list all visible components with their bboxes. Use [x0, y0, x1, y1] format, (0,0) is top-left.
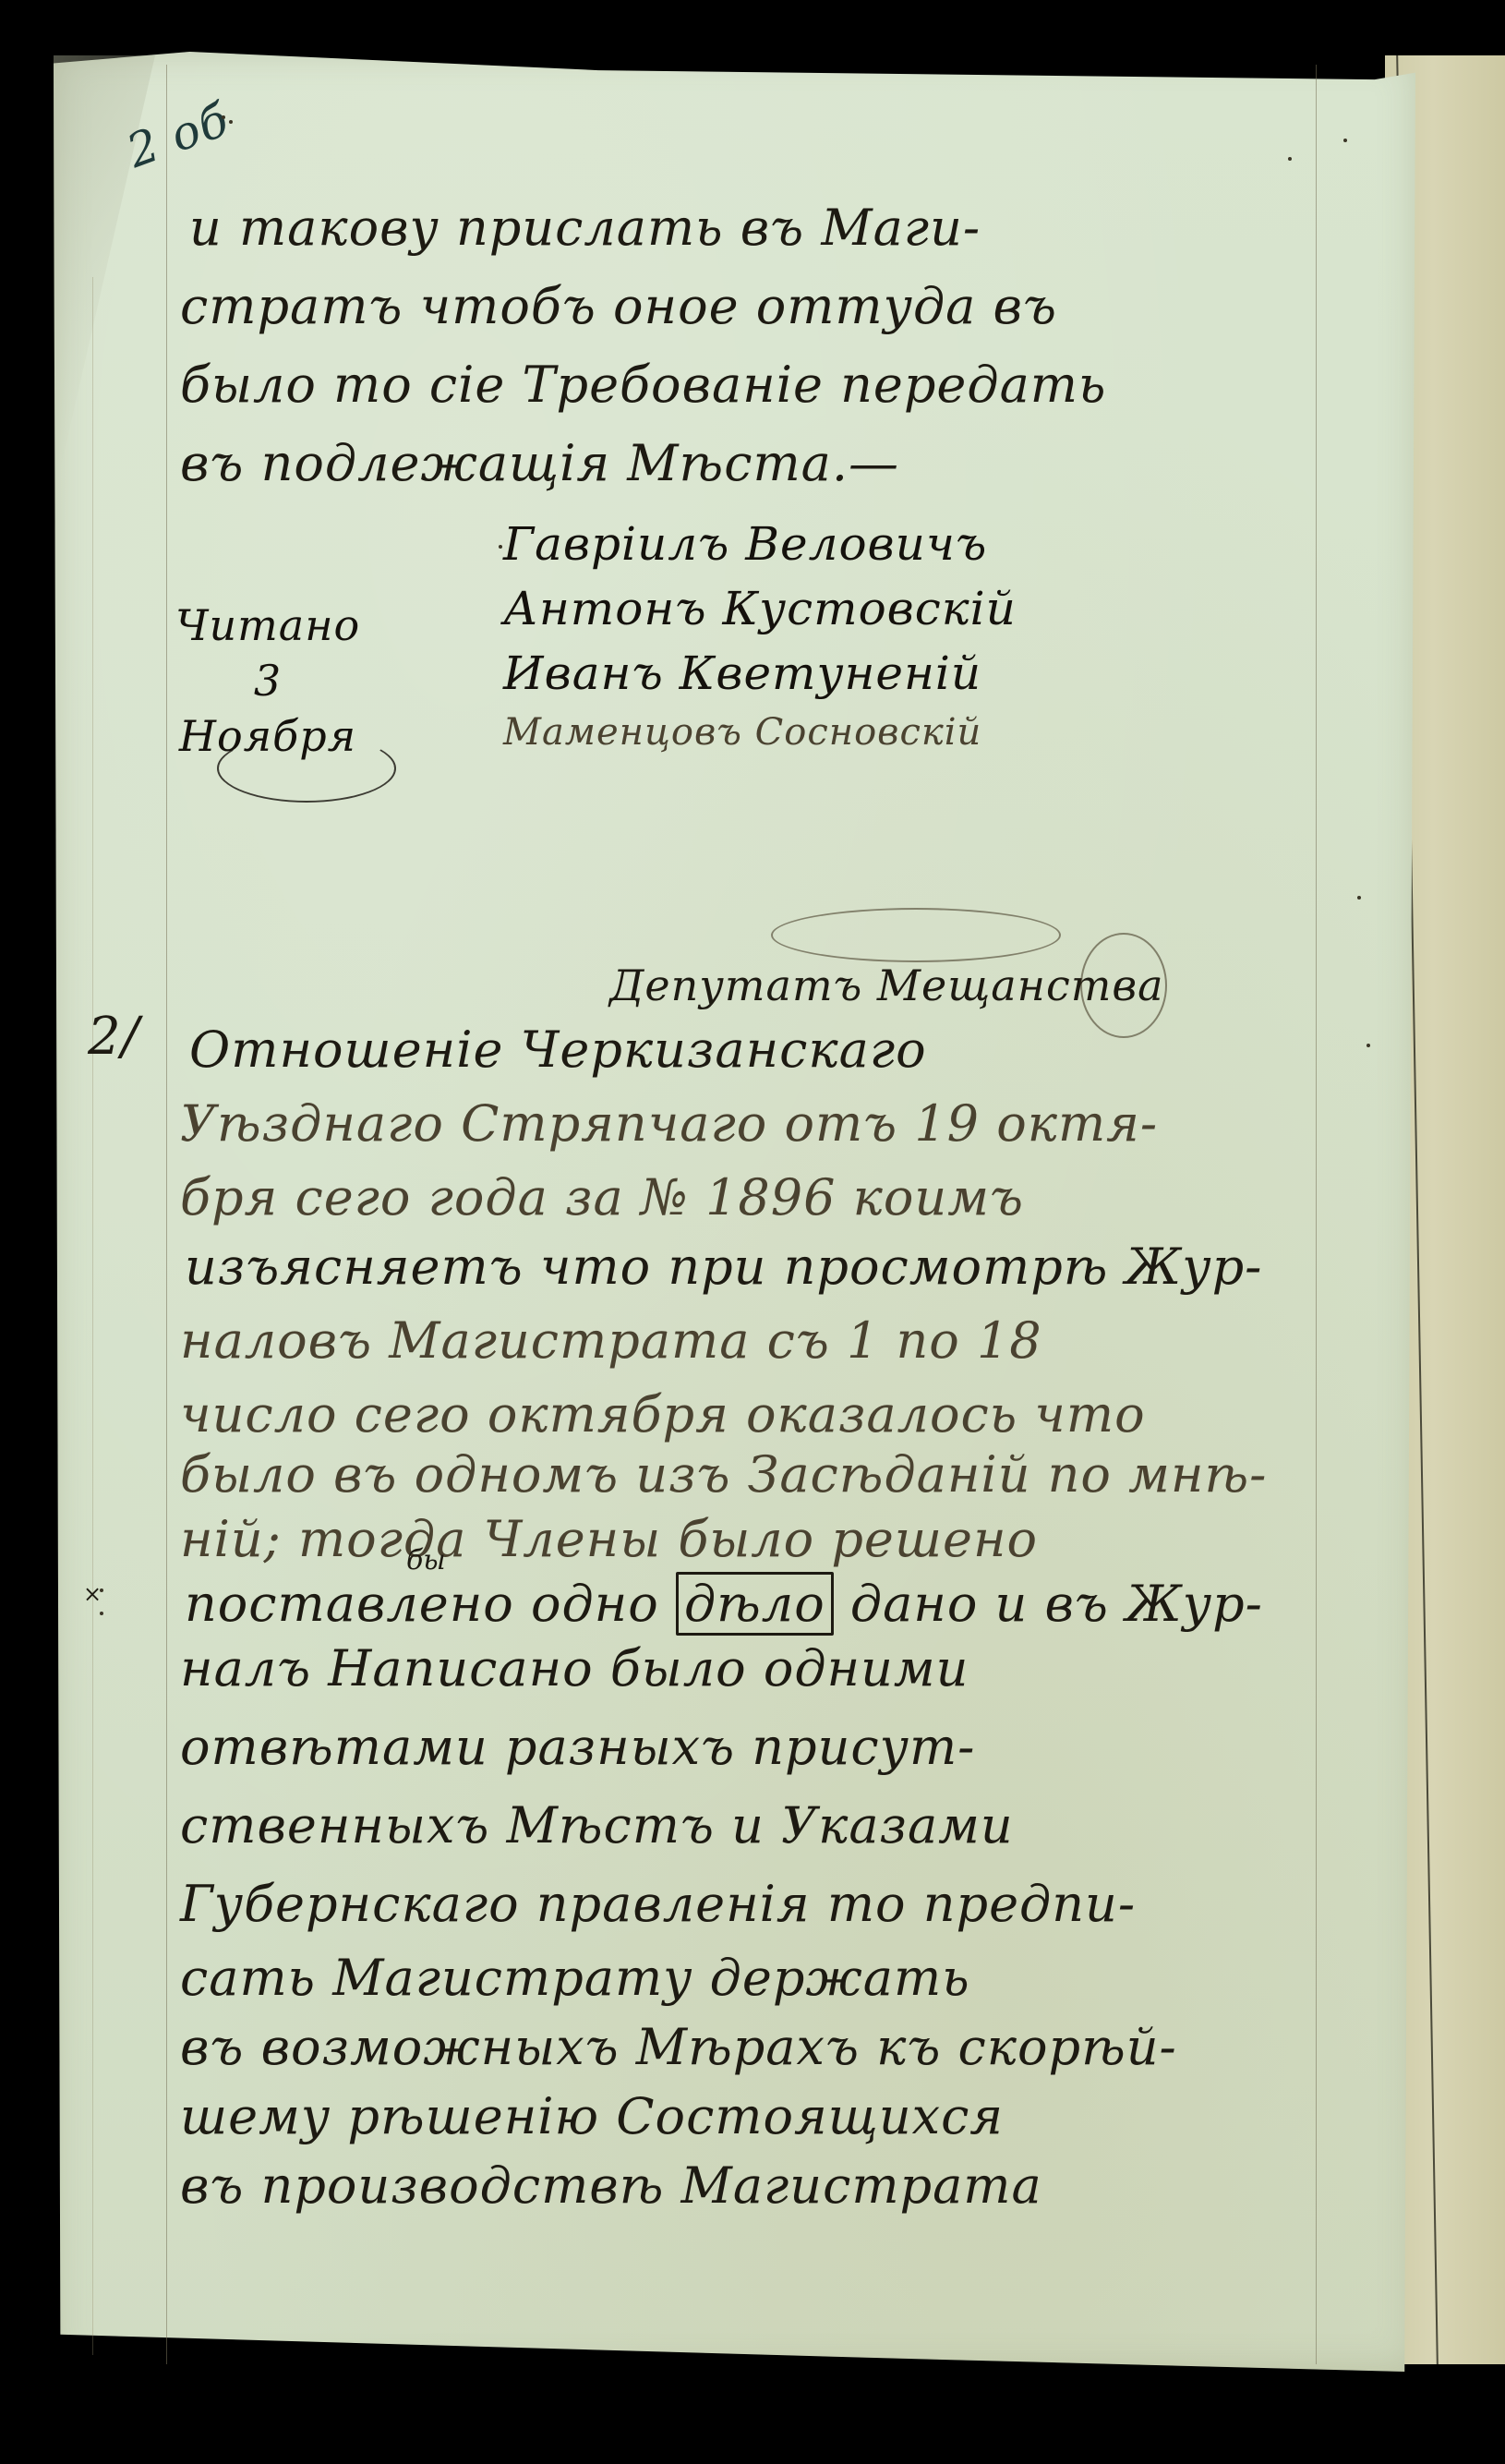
text-line: и такову прислать въ Маги-: [189, 199, 1297, 257]
outer-left-rule: [92, 277, 93, 2355]
text-line: въ подлежащія Мѣста.—: [180, 434, 1288, 492]
text-line: Уѣзднаго Стряпчаго отъ 19 октя-: [180, 1094, 1288, 1153]
left-margin-rule: [166, 65, 167, 2364]
speck: [1367, 1044, 1370, 1047]
speck: [1357, 896, 1361, 900]
margin-note-day: 3: [175, 656, 360, 706]
text-line: наловъ Магистрата съ 1 по 18: [180, 1311, 1288, 1370]
text-line: налъ Написано было одними: [180, 1639, 1288, 1697]
speck: [222, 115, 225, 119]
text-segment: поставлено одно: [185, 1575, 659, 1633]
text-line: Отношеніе Черкизанскаго: [189, 1021, 1297, 1079]
text-line: въ производствѣ Магистрата: [180, 2156, 1288, 2215]
speck: [1343, 139, 1347, 142]
text-line: было въ одномъ изъ Засѣданій по мнѣ-: [180, 1445, 1288, 1504]
text-line: ній; тогда Члены было решено: [180, 1510, 1288, 1568]
text-line: отвѣтами разныхъ присут-: [180, 1718, 1288, 1776]
text-line: было то сіе Требованіе передать: [180, 356, 1288, 414]
text-line: ственныхъ Мѣстъ и Указами: [180, 1796, 1288, 1854]
speck: [100, 1588, 103, 1592]
margin-mark: ×: [83, 1581, 102, 1607]
speck: [1288, 157, 1292, 161]
text-line: число сего октября оказалось что: [180, 1385, 1288, 1443]
text-segment: дано и въ Жур-: [850, 1575, 1263, 1633]
boxed-word: дѣло: [676, 1572, 834, 1636]
speck: [499, 545, 502, 549]
text-line-with-box: поставлено одно дѣло дано и въ Жур-: [185, 1575, 1293, 1633]
speck: [100, 1612, 103, 1615]
right-margin-rule: [1316, 65, 1317, 2364]
text-line: бря сего года за № 1896 коимъ: [180, 1168, 1288, 1226]
section-number: 2/: [88, 1007, 140, 1067]
margin-note-read: Читано: [175, 600, 360, 650]
signature: Антонъ Кустовскій: [503, 582, 1017, 635]
text-line: Губернскаго правленія то предпи-: [180, 1875, 1288, 1933]
speck: [229, 120, 233, 124]
text-line: въ возможныхъ Мѣрахъ къ скорѣй-: [180, 2018, 1288, 2076]
text-line: изъясняетъ что при просмотрѣ Жур-: [185, 1238, 1293, 1296]
signature: Гавріилъ Веловичъ: [503, 517, 987, 571]
text-line: сать Магистрату держать: [180, 1949, 1288, 2007]
text-line: шему рѣшенію Состоящихся: [180, 2087, 1288, 2145]
flourish: [771, 908, 1061, 962]
signature: Маменцовъ Сосновскій: [503, 711, 981, 754]
text-line: стратъ чтобъ оное оттуда въ: [180, 277, 1288, 335]
flourish: [217, 734, 396, 803]
interlinear-correction: бы: [406, 1544, 446, 1576]
signature: Иванъ Кветуненій: [503, 646, 981, 700]
